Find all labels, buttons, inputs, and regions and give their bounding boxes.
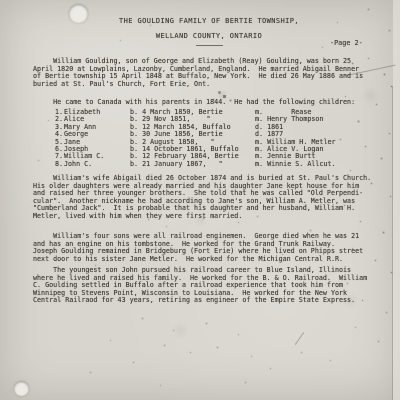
- child-marriage-or-death: m. Winnie S. Allcut.: [255, 160, 336, 168]
- paper-crease-line: [392, 86, 393, 400]
- text-line: Central Railraod for 43 years, retiring …: [33, 297, 378, 305]
- child-number: 8.: [55, 160, 63, 168]
- text-line: He came to Canada with his parents in 18…: [33, 99, 378, 107]
- text-line: buried at St. Paul's Church, Fort Erie, …: [33, 81, 378, 89]
- paragraph-biography: William Goulding, son of George and Eliz…: [33, 58, 378, 88]
- children-list: 1. Elizabeth b. 4 March 1850, Bertie m. …: [33, 108, 378, 167]
- text-line: Metler, lived with him when they were fi…: [33, 213, 378, 221]
- child-row: 7. William C. b. 12 February 1864, Berti…: [33, 152, 378, 159]
- page-number: -Page 2-: [330, 39, 363, 47]
- document-title: THE GOULDING FAMILY OF BERTIE TOWNSHIP,: [9, 17, 400, 25]
- child-name: John C.: [64, 160, 92, 168]
- photocopy-smudge: [0, 0, 1, 1]
- punch-hole-bottom: [14, 381, 29, 396]
- scan-edge-strip: [393, 0, 400, 400]
- title-underline: [196, 45, 223, 46]
- child-row: 6. Joseph b. 14 October 1861, Buffalo m.…: [33, 145, 378, 152]
- paragraph-john-william: The youngest son John pursued his railro…: [33, 267, 378, 305]
- child-row: 8. John C. b. 21 January 1867, " m. Winn…: [33, 160, 378, 167]
- paragraph-abigail: William's wife Abigail died 26 October 1…: [33, 175, 378, 220]
- child-row: 2. Alice b. 29 Nov 1851, " m. Henry Thom…: [33, 115, 378, 122]
- child-row: 4. George b. 30 June 1856, Bertie d. 187…: [33, 130, 378, 137]
- child-row: 5. Jane b. 2 August 1858, " m. William H…: [33, 138, 378, 145]
- child-row: 3. Mary Ann b. 12 March 1854, Buffalo d.…: [33, 123, 378, 130]
- child-birth: b. 21 January 1867, ": [130, 160, 223, 168]
- text-line: next door to his sister Jane Metler. He …: [33, 256, 378, 264]
- children-intro: He came to Canada with his parents in 18…: [33, 99, 378, 107]
- document-page: THE GOULDING FAMILY OF BERTIE TOWNSHIP, …: [0, 0, 400, 400]
- paragraph-sons-railroad: William's four sons were all railroad en…: [33, 233, 378, 263]
- child-row: 1. Elizabeth b. 4 March 1850, Bertie m. …: [33, 108, 378, 115]
- scratch-mark-bottom: [295, 332, 304, 345]
